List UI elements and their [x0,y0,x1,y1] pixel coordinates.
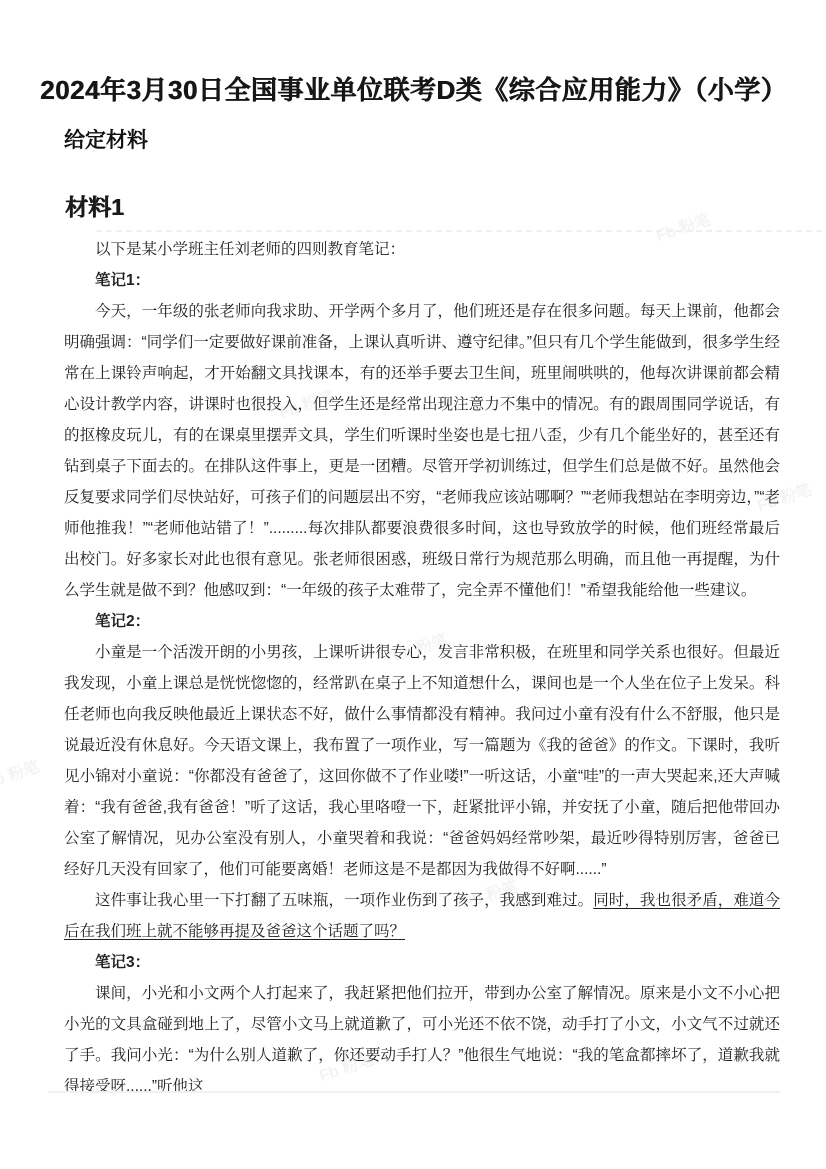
note2-paragraph-2-plain: 这件事让我心里一下打翻了五味瓶，一项作业伤到了孩子，我感到难过。 [95,892,593,909]
intro-line: 以下是某小学班主任刘老师的四则教育笔记： [64,234,780,265]
note1-paragraph: 今天，一年级的张老师向我求助、开学两个多月了，他们班还是存在很多问题。每天上课前… [64,296,780,606]
note3-paragraph: 课间，小光和小文两个人打起来了，我赶紧把他们拉开，带到办公室了解情况。原来是小文… [64,978,780,1102]
material-1-heading: 材料1 [65,193,124,222]
fenbi-watermark: Fb 粉笔 [0,754,42,793]
section-heading-given-materials: 给定材料 [64,128,148,154]
note3-label: 笔记3： [64,947,780,978]
page-title: 2024年3月30日全国事业单位联考D类《综合应用能力》（小学） [40,74,786,106]
document-page: Fb 粉笔 Fb 粉笔 Fb 粉笔 Fb 粉笔 Fb 粉笔 Fb 粉笔 Fb 粉… [0,0,826,1169]
note2-paragraph-1: 小童是一个活泼开朗的小男孩，上课听讲很专心，发言非常积极，在班里和同学关系也很好… [64,637,780,885]
page-separator [48,1091,780,1093]
material-body: 以下是某小学班主任刘老师的四则教育笔记： 笔记1： 今天，一年级的张老师向我求助… [64,234,780,1102]
note2-label: 笔记2： [64,606,780,637]
note1-label: 笔记1： [64,265,780,296]
note2-paragraph-2: 这件事让我心里一下打翻了五味瓶，一项作业伤到了孩子，我感到难过。同时，我也很矛盾… [64,885,780,947]
faint-dashed-divider [96,230,822,232]
